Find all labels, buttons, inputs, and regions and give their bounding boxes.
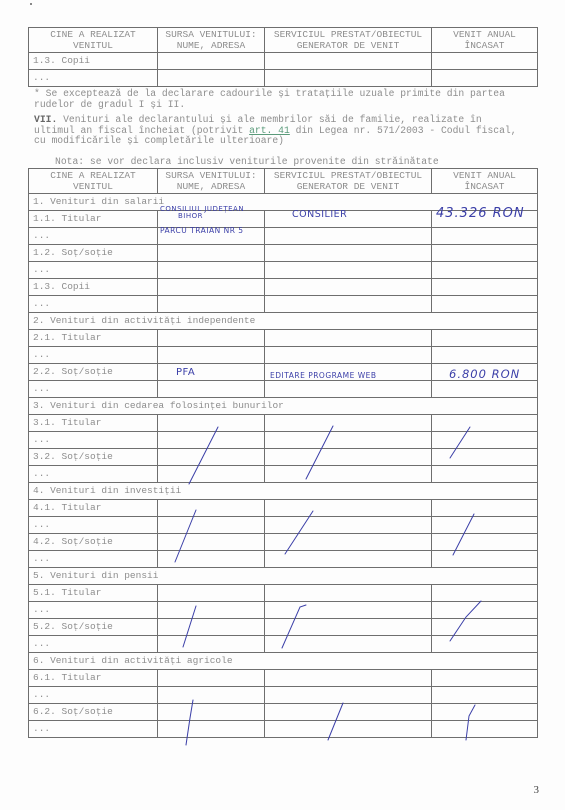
service-cell — [265, 670, 432, 687]
source-cell — [158, 551, 265, 568]
row-label: ... — [29, 262, 158, 279]
column-header: SERVICIUL PRESTAT/OBIECTUL GENERATOR DE … — [265, 28, 432, 53]
row-label: 1.2. Soț/soție — [29, 245, 158, 262]
source-cell — [158, 449, 265, 466]
source-cell — [158, 670, 265, 687]
empty-cell — [158, 70, 265, 87]
income-cell — [432, 687, 538, 704]
table-row: ... — [29, 602, 538, 619]
handwritten-service-2: EDITARE PROGRAME WEB — [270, 371, 377, 380]
table-row: 3.1. Titular — [29, 415, 538, 432]
table-row: 1.3. Copii — [29, 53, 538, 70]
source-cell — [158, 704, 265, 721]
row-label: ... — [29, 466, 158, 483]
table-row: ... — [29, 636, 538, 653]
income-cell — [432, 449, 538, 466]
service-cell — [265, 211, 432, 228]
row-label: 2.1. Titular — [29, 330, 158, 347]
income-cell — [432, 466, 538, 483]
empty-cell — [158, 53, 265, 70]
source-cell — [158, 687, 265, 704]
empty-cell — [265, 53, 432, 70]
service-cell — [265, 347, 432, 364]
source-cell — [158, 500, 265, 517]
source-cell — [158, 262, 265, 279]
handwritten-service-1: CONSILIER — [292, 209, 347, 220]
source-cell — [158, 347, 265, 364]
service-cell — [265, 602, 432, 619]
source-cell — [158, 466, 265, 483]
row-label: ... — [29, 347, 158, 364]
scan-speck — [30, 3, 32, 5]
income-cell — [432, 415, 538, 432]
table-row: 4.1. Titular — [29, 500, 538, 517]
source-cell — [158, 432, 265, 449]
income-cell — [432, 262, 538, 279]
table-row: ... — [29, 381, 538, 398]
source-cell — [158, 330, 265, 347]
income-cell — [432, 347, 538, 364]
column-header: VENIT ANUAL ÎNCASAT — [432, 28, 538, 53]
income-cell — [432, 517, 538, 534]
income-cell — [432, 245, 538, 262]
service-cell — [265, 466, 432, 483]
row-label: ... — [29, 228, 158, 245]
row-label: 3.2. Soț/soție — [29, 449, 158, 466]
income-cell — [432, 432, 538, 449]
handwritten-income-1: 43.326 RON — [436, 206, 525, 221]
section-group-row: 3. Venituri din cedarea folosinței bunur… — [29, 398, 538, 415]
row-label: 1.3. Copii — [29, 279, 158, 296]
table-row: ... — [29, 517, 538, 534]
column-header: CINE A REALIZAT VENITUL — [29, 169, 158, 194]
service-cell — [265, 704, 432, 721]
table-row: ... — [29, 296, 538, 313]
source-cell — [158, 279, 265, 296]
table-row: 1.2. Soț/soție — [29, 245, 538, 262]
column-header: SERVICIUL PRESTAT/OBIECTUL GENERATOR DE … — [265, 169, 432, 194]
service-cell — [265, 449, 432, 466]
income-cell — [432, 296, 538, 313]
income-cell — [432, 721, 538, 738]
section-vii-heading: VII. Venituri ale declarantului și ale m… — [34, 115, 517, 147]
table-row: 5.2. Soț/soție — [29, 619, 538, 636]
row-label: 5.1. Titular — [29, 585, 158, 602]
empty-cell — [265, 70, 432, 87]
service-cell — [265, 432, 432, 449]
row-label: 2.2. Soț/soție — [29, 364, 158, 381]
group-label: 5. Venituri din pensii — [29, 568, 538, 585]
row-label: 1.3. Copii — [29, 53, 158, 70]
service-cell — [265, 551, 432, 568]
empty-cell — [432, 53, 538, 70]
source-cell — [158, 602, 265, 619]
service-cell — [265, 415, 432, 432]
group-label: 3. Venituri din cedarea folosinței bunur… — [29, 398, 538, 415]
source-cell — [158, 364, 265, 381]
source-cell — [158, 721, 265, 738]
income-cell — [432, 534, 538, 551]
table-row: 1.3. Copii — [29, 279, 538, 296]
source-cell — [158, 381, 265, 398]
income-table-continuation: CINE A REALIZAT VENITULSURSA VENITULUI: … — [28, 27, 538, 87]
table-row: ... — [29, 228, 538, 245]
income-cell — [432, 330, 538, 347]
source-cell — [158, 245, 265, 262]
income-cell — [432, 602, 538, 619]
table-row: ... — [29, 687, 538, 704]
service-cell — [265, 585, 432, 602]
service-cell — [265, 636, 432, 653]
row-label: ... — [29, 296, 158, 313]
service-cell — [265, 381, 432, 398]
handwritten-address: PARCU TRAIAN NR 5 — [160, 226, 244, 235]
service-cell — [265, 687, 432, 704]
table-row: ... — [29, 551, 538, 568]
service-cell — [265, 619, 432, 636]
income-cell — [432, 619, 538, 636]
income-cell — [432, 228, 538, 245]
source-cell — [158, 636, 265, 653]
table-row: 6.1. Titular — [29, 670, 538, 687]
row-label: ... — [29, 551, 158, 568]
section-number: VII. — [34, 114, 57, 125]
row-label: 4.1. Titular — [29, 500, 158, 517]
income-cell — [432, 279, 538, 296]
table-row: ... — [29, 721, 538, 738]
row-label: ... — [29, 602, 158, 619]
table-row: 5.1. Titular — [29, 585, 538, 602]
hw-source-line2: BIHOR — [160, 213, 244, 220]
source-cell — [158, 619, 265, 636]
income-cell — [432, 585, 538, 602]
service-cell — [265, 228, 432, 245]
source-cell — [158, 415, 265, 432]
service-cell — [265, 721, 432, 738]
group-label: 6. Venituri din activități agricole — [29, 653, 538, 670]
footnote: * Se exceptează de la declarare cadouril… — [34, 89, 505, 110]
row-label: ... — [29, 432, 158, 449]
section-group-row: 4. Venituri din investiții — [29, 483, 538, 500]
empty-cell — [432, 70, 538, 87]
handwritten-source-2: PFA — [176, 367, 195, 378]
income-cell — [432, 670, 538, 687]
art-41-link[interactable]: art. 41 — [249, 125, 290, 136]
income-table: CINE A REALIZAT VENITULSURSA VENITULUI: … — [28, 168, 538, 738]
row-label: 1.1. Titular — [29, 211, 158, 228]
column-header: SURSA VENITULUI: NUME, ADRESA — [158, 169, 265, 194]
service-cell — [265, 500, 432, 517]
section-group-row: 6. Venituri din activități agricole — [29, 653, 538, 670]
row-label: ... — [29, 721, 158, 738]
handwritten-source-1: CONSILIUL JUDEȚEAN BIHOR — [160, 206, 244, 220]
service-cell — [265, 245, 432, 262]
table-row: ... — [29, 70, 538, 87]
table-row: 4.2. Soț/soție — [29, 534, 538, 551]
row-label: ... — [29, 636, 158, 653]
table-row: ... — [29, 432, 538, 449]
service-cell — [265, 262, 432, 279]
section-group-row: 2. Venituri din activități independente — [29, 313, 538, 330]
foreign-income-note: Nota: se vor declara inclusiv veniturile… — [55, 157, 439, 168]
income-cell — [432, 636, 538, 653]
row-label: ... — [29, 381, 158, 398]
row-label: 6.2. Soț/soție — [29, 704, 158, 721]
source-cell — [158, 517, 265, 534]
row-label: 4.2. Soț/soție — [29, 534, 158, 551]
table-row: 3.2. Soț/soție — [29, 449, 538, 466]
column-header: VENIT ANUAL ÎNCASAT — [432, 169, 538, 194]
section-group-row: 5. Venituri din pensii — [29, 568, 538, 585]
column-header: SURSA VENITULUI: NUME, ADRESA — [158, 28, 265, 53]
row-label: ... — [29, 70, 158, 87]
source-cell — [158, 585, 265, 602]
income-cell — [432, 500, 538, 517]
row-label: ... — [29, 517, 158, 534]
table-row: ... — [29, 262, 538, 279]
service-cell — [265, 330, 432, 347]
source-cell — [158, 534, 265, 551]
table-row: 2.1. Titular — [29, 330, 538, 347]
group-label: 2. Venituri din activități independente — [29, 313, 538, 330]
service-cell — [265, 279, 432, 296]
income-cell — [432, 704, 538, 721]
income-cell — [432, 381, 538, 398]
handwritten-income-2: 6.800 RON — [449, 367, 520, 381]
group-label: 4. Venituri din investiții — [29, 483, 538, 500]
table-row: ... — [29, 466, 538, 483]
source-cell — [158, 296, 265, 313]
row-label: ... — [29, 687, 158, 704]
service-cell — [265, 296, 432, 313]
row-label: 5.2. Soț/soție — [29, 619, 158, 636]
row-label: 6.1. Titular — [29, 670, 158, 687]
page-number: 3 — [534, 784, 540, 796]
row-label: 3.1. Titular — [29, 415, 158, 432]
column-header: CINE A REALIZAT VENITUL — [29, 28, 158, 53]
table-row: ... — [29, 347, 538, 364]
service-cell — [265, 534, 432, 551]
table-row: 6.2. Soț/soție — [29, 704, 538, 721]
income-cell — [432, 551, 538, 568]
service-cell — [265, 517, 432, 534]
